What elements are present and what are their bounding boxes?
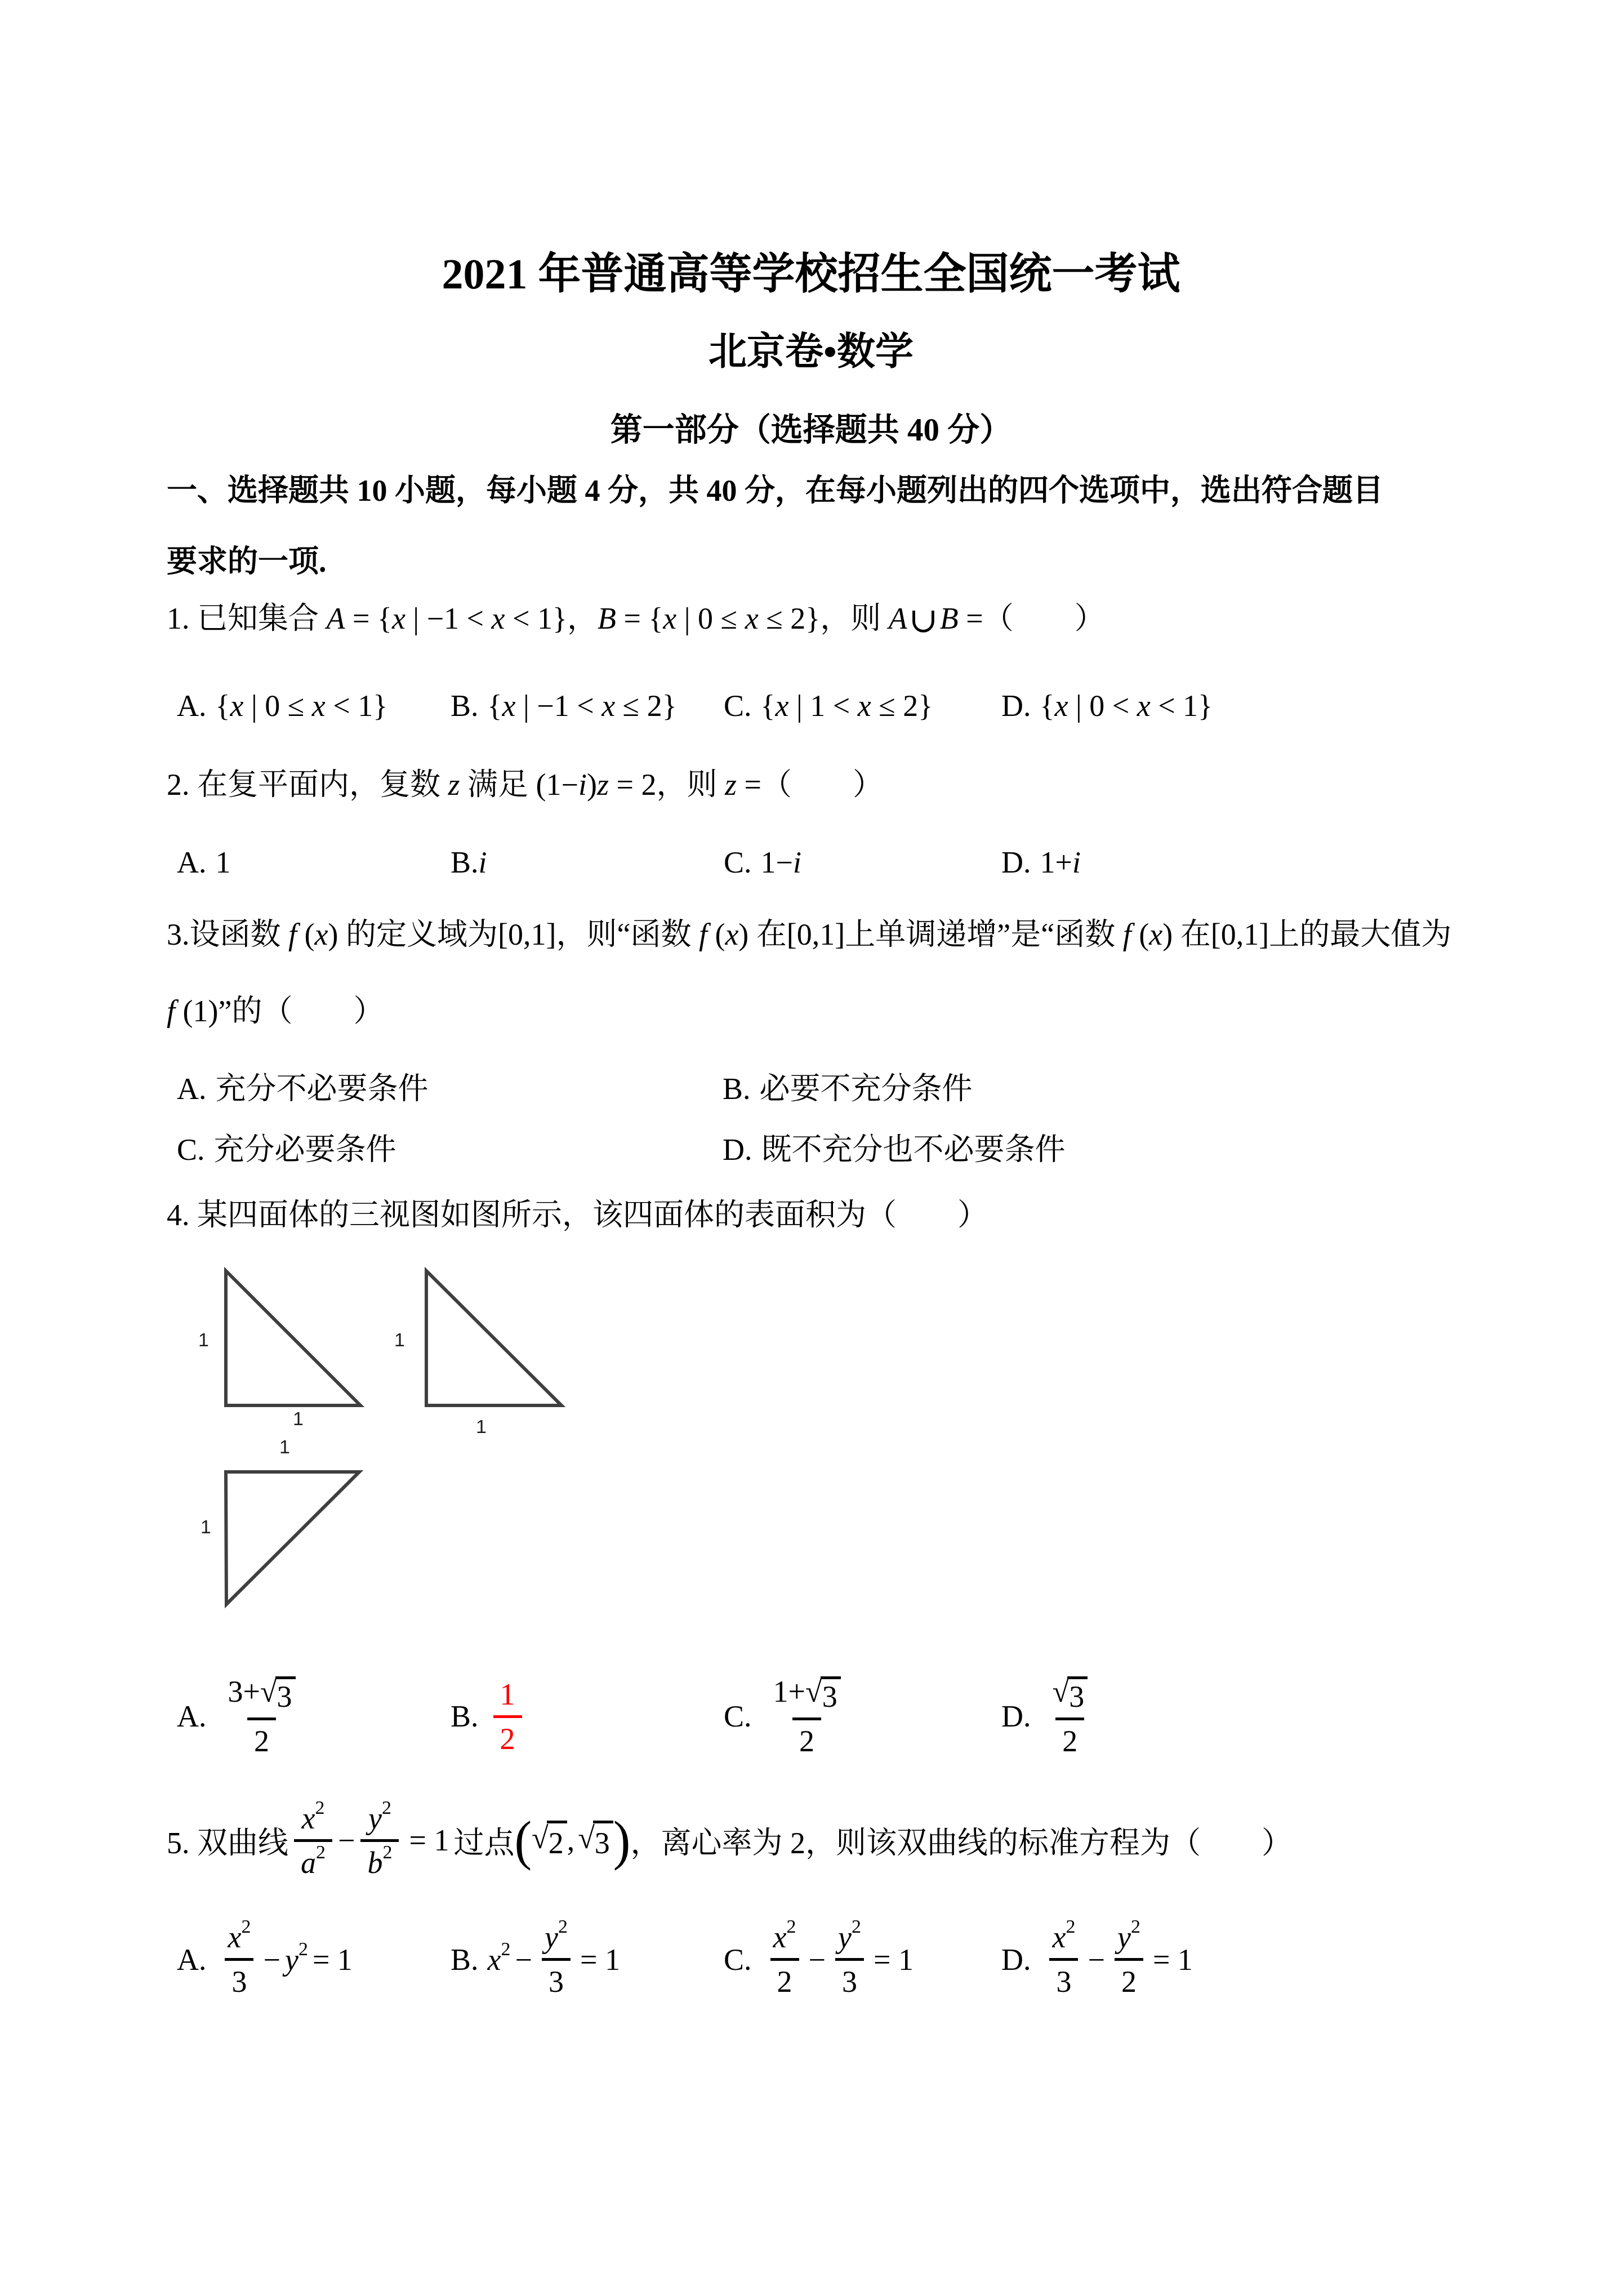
q5-option-b-fraction: y2 3 — [538, 1922, 574, 1997]
sqrt-icon: √ — [805, 1676, 822, 1707]
page-title: 2021 年普通高等学校招生全国统一考试 — [0, 247, 1622, 302]
q2-stem: 2. 在复平面内，复数 z 满足 (1−i)z = 2，则 z =（ ） — [167, 765, 883, 804]
q1-option-d-label: D. — [1001, 689, 1031, 723]
q5-option-c-fraction-1: x2 2 — [767, 1922, 803, 1997]
q3-option-a: A.充分不必要条件 — [177, 1069, 429, 1109]
exam-page: 2021 年普通高等学校招生全国统一考试 北京卷•数学 第一部分（选择题共 40… — [0, 0, 1622, 2296]
q5-fraction-x2a2: x2 a2 — [294, 1803, 332, 1878]
q3-stem-line-2: f (1)”的（ ） — [167, 991, 384, 1031]
right-paren: ) — [613, 1816, 631, 1865]
q4-option-d-label: D. — [1001, 1699, 1031, 1734]
q2-option-d-label: D. — [1001, 846, 1031, 879]
q3-option-c: C.充分必要条件 — [177, 1130, 396, 1169]
q1-option-d: D.{x | 0 < x < 1} — [1001, 686, 1213, 726]
q5-option-b: B. x2 − y2 3 = 1 — [451, 1907, 620, 2012]
q5-option-d-fraction-1: x2 3 — [1046, 1922, 1082, 1997]
q3-option-b-label: B. — [723, 1072, 751, 1106]
q2-option-c: C.1−i — [724, 843, 801, 882]
sqrt-icon: √ — [578, 1821, 595, 1856]
q1-option-b-label: B. — [451, 689, 479, 723]
top-view-top-edge-label: 1 — [279, 1436, 290, 1458]
q2-option-c-value: 1−i — [761, 846, 801, 879]
q5-option-d-label: D. — [1001, 1942, 1031, 1977]
front-view-left-edge-label: 1 — [198, 1329, 209, 1351]
sqrt-2: √2 — [532, 1821, 567, 1861]
sqrt-icon: √ — [260, 1676, 277, 1707]
q4-option-d-fraction: √3 2 — [1046, 1676, 1095, 1756]
q5-option-d-fraction-2: y2 2 — [1111, 1922, 1147, 1997]
q4-option-a-fraction: 3+√3 2 — [221, 1676, 302, 1756]
q4-option-c-label: C. — [724, 1699, 752, 1734]
q3-stem-line-1: 3.设函数 f (x) 的定义域为[0,1]，则“函数 f (x) 在[0,1]… — [167, 915, 1451, 954]
q5-option-b-label: B. — [451, 1942, 479, 1977]
q3-option-d-value: 既不充分也不必要条件 — [761, 1133, 1066, 1167]
q1-option-b-value: {x | −1 < x ≤ 2} — [488, 689, 677, 723]
q5-option-c: C. x2 2 − y2 3 = 1 — [724, 1907, 914, 2012]
q3-option-c-label: C. — [177, 1133, 205, 1167]
q2-option-d-value: 1+i — [1040, 846, 1081, 879]
q1-option-a-label: A. — [177, 689, 207, 723]
sqrt-3: √3 — [578, 1821, 613, 1861]
q2-option-c-label: C. — [724, 846, 752, 879]
sqrt-icon: √ — [532, 1821, 549, 1856]
q4-stem: 4. 某四面体的三视图如图所示，该四面体的表面积为（ ） — [167, 1195, 988, 1235]
three-view-figure — [186, 1256, 591, 1617]
q5-option-a-fraction: x2 3 — [221, 1922, 258, 1997]
q4-option-a: A. 3+√3 2 — [177, 1663, 308, 1770]
q2-option-a: A.1 — [177, 843, 231, 882]
sqrt-icon: √ — [1053, 1676, 1070, 1707]
q4-option-d: D. √3 2 — [1001, 1663, 1100, 1770]
q1-option-c-label: C. — [724, 689, 752, 723]
q2-option-a-label: A. — [177, 846, 207, 879]
front-view-triangle — [226, 1271, 360, 1405]
q1-option-c-value: {x | 1 < x ≤ 2} — [761, 689, 933, 723]
q1-option-c: C.{x | 1 < x ≤ 2} — [724, 686, 933, 726]
q5-option-c-fraction-2: y2 3 — [831, 1922, 868, 1997]
q1-option-d-value: {x | 0 < x < 1} — [1040, 689, 1213, 723]
q1-option-a-value: {x | 0 ≤ x < 1} — [216, 689, 388, 723]
front-view-bottom-edge-label: 1 — [293, 1408, 304, 1430]
q3-option-b: B.必要不充分条件 — [723, 1069, 973, 1109]
section-heading: 第一部分（选择题共 40 分） — [0, 410, 1622, 451]
q4-option-b-label: B. — [451, 1699, 479, 1734]
instructions-line-1: 一、选择题共 10 小题，每小题 4 分，共 40 分，在每小题列出的四个选项中… — [167, 471, 1383, 510]
q5-fraction-y2b2: y2 b2 — [360, 1803, 399, 1878]
top-view-left-edge-label: 1 — [200, 1516, 211, 1538]
q2-option-b-label: B. — [451, 846, 479, 879]
q4-option-c: C. 1+√3 2 — [724, 1663, 853, 1770]
q3-option-a-value: 充分不必要条件 — [216, 1072, 429, 1106]
side-view-bottom-edge-label: 1 — [476, 1416, 487, 1438]
q1-option-b: B.{x | −1 < x ≤ 2} — [451, 686, 677, 726]
q5-option-d: D. x2 3 − y2 2 = 1 — [1001, 1907, 1193, 2012]
instructions-line-2: 要求的一项. — [167, 542, 327, 581]
q5-stem: 5. 双曲线 x2 a2 − y2 b2 = 1 过点 ( √2 , √3 ) … — [167, 1787, 1292, 1894]
q4-option-a-label: A. — [177, 1699, 207, 1734]
q3-option-d: D.既不充分也不必要条件 — [723, 1130, 1066, 1169]
q2-option-a-value: 1 — [216, 846, 231, 879]
q4-option-c-fraction: 1+√3 2 — [767, 1676, 848, 1756]
q5-option-a-label: A. — [177, 1942, 207, 1977]
q3-option-b-value: 必要不充分条件 — [760, 1072, 973, 1106]
side-view-triangle — [426, 1271, 562, 1405]
page-subtitle: 北京卷•数学 — [0, 327, 1622, 376]
q3-option-a-label: A. — [177, 1072, 207, 1106]
q3-option-c-value: 充分必要条件 — [214, 1133, 396, 1167]
q5-option-a: A. x2 3 − y2 = 1 — [177, 1907, 357, 2012]
q2-option-d: D.1+i — [1001, 843, 1081, 882]
q2-option-b-value: i — [479, 846, 487, 879]
q4-option-b-fraction: 1 2 — [493, 1679, 522, 1754]
q1-option-a: A.{x | 0 ≤ x < 1} — [177, 686, 387, 726]
top-view-triangle — [226, 1472, 359, 1604]
q4-option-b: B. 1 2 — [451, 1663, 528, 1770]
left-paren: ( — [514, 1816, 532, 1865]
q5-option-c-label: C. — [724, 1942, 752, 1977]
q2-option-b: B.i — [451, 843, 487, 882]
side-view-left-edge-label: 1 — [394, 1329, 405, 1351]
q3-option-d-label: D. — [723, 1133, 752, 1167]
q1-stem: 1. 已知集合 A = {x | −1 < x < 1}，B = {x | 0 … — [167, 598, 1105, 644]
